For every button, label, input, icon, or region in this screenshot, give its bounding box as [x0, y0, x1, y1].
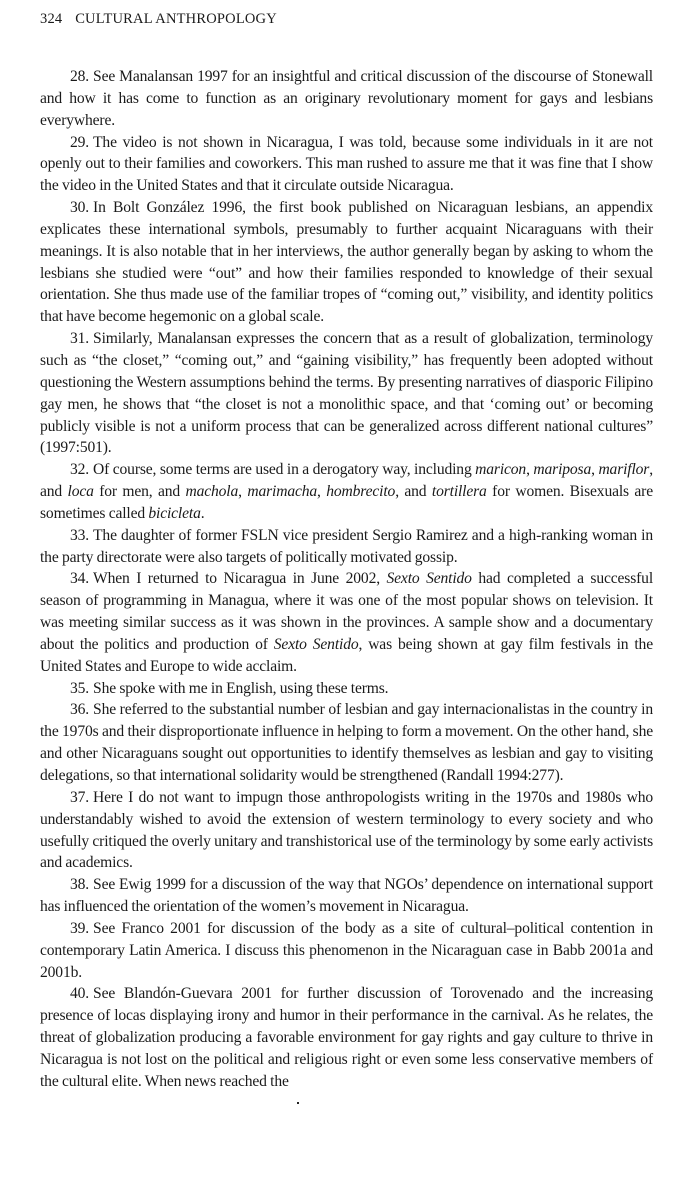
- endnote-text: See Blandón-Guevara 2001 for further dis…: [40, 985, 653, 1089]
- italic-term: tortillera: [432, 483, 487, 500]
- endnote-text: See Franco 2001 for discussion of the bo…: [40, 920, 653, 981]
- endnote-text: ,: [317, 483, 326, 500]
- endnotes-section: 28.See Manalansan 1997 for an insightful…: [40, 66, 653, 1093]
- endnote-29: 29.The video is not shown in Nicaragua, …: [40, 132, 653, 198]
- endnote-text: She referred to the substantial number o…: [40, 701, 653, 784]
- italic-term: mariflor: [598, 461, 649, 478]
- endnote-number: 29.: [70, 134, 89, 151]
- endnote-text: In Bolt González 1996, the first book pu…: [40, 199, 653, 325]
- endnote-31: 31.Similarly, Manalansan expresses the c…: [40, 328, 653, 459]
- endnote-text: She spoke with me in English, using thes…: [93, 680, 388, 697]
- journal-title: CULTURAL ANTHROPOLOGY: [75, 11, 277, 27]
- endnote-32: 32.Of course, some terms are used in a d…: [40, 459, 653, 525]
- endnote-text: See Manalansan 1997 for an insightful an…: [40, 68, 653, 129]
- endnote-30: 30.In Bolt González 1996, the first book…: [40, 197, 653, 328]
- endnote-number: 28.: [70, 68, 89, 85]
- endnote-number: 30.: [70, 199, 89, 216]
- endnote-34: 34.When I returned to Nicaragua in June …: [40, 568, 653, 677]
- italic-term: mari­posa: [533, 461, 591, 478]
- endnote-number: 34.: [70, 570, 89, 587]
- endnote-number: 40.: [70, 985, 89, 1002]
- endnote-text: The daughter of former FSLN vice preside…: [40, 527, 653, 566]
- endnote-text: The video is not shown in Nicaragua, I w…: [40, 134, 653, 195]
- endnote-36: 36.She referred to the substantial numbe…: [40, 699, 653, 786]
- endnote-text: When I returned to Nicaragua in June 200…: [93, 570, 386, 587]
- page-number: 324: [40, 11, 62, 27]
- endnote-37: 37.Here I do not want to impugn those an…: [40, 787, 653, 874]
- endnote-text: Here I do not want to impugn those anthr…: [40, 789, 653, 872]
- italic-term: maricon: [475, 461, 526, 478]
- italic-term: Sexto Sentido: [274, 636, 359, 653]
- endnote-number: 37.: [70, 789, 89, 806]
- italic-term: machola: [185, 483, 238, 500]
- endnote-number: 31.: [70, 330, 89, 347]
- endnote-39: 39.See Franco 2001 for discussion of the…: [40, 918, 653, 984]
- endnote-text: .: [201, 505, 205, 522]
- endnote-number: 39.: [70, 920, 89, 937]
- endnote-text: Similarly, Manalansan expresses the conc…: [40, 330, 653, 456]
- endnote-number: 36.: [70, 701, 89, 718]
- endnote-28: 28.See Manalansan 1997 for an insightful…: [40, 66, 653, 132]
- endnote-text: See Ewig 1999 for a discussion of the wa…: [40, 876, 653, 915]
- italic-term: marimacha: [247, 483, 317, 500]
- endnote-text: , and: [395, 483, 432, 500]
- endnote-40: 40.See Blandón-Guevara 2001 for further …: [40, 983, 653, 1092]
- italic-term: loca: [68, 483, 94, 500]
- running-head: 324 CULTURAL ANTHROPOLOGY: [40, 11, 277, 28]
- endnote-number: 35.: [70, 680, 89, 697]
- endnote-number: 38.: [70, 876, 89, 893]
- italic-term: hombrecito: [326, 483, 395, 500]
- scan-speck: [297, 1102, 299, 1104]
- italic-term: Sexto Sentido: [387, 570, 472, 587]
- endnote-38: 38.See Ewig 1999 for a discussion of the…: [40, 874, 653, 918]
- endnote-number: 33.: [70, 527, 89, 544]
- endnote-text: Of course, some terms are used in a dero…: [93, 461, 475, 478]
- endnote-number: 32.: [70, 461, 89, 478]
- endnote-text: ,: [238, 483, 247, 500]
- italic-term: bicicleta: [148, 505, 200, 522]
- endnote-33: 33.The daughter of former FSLN vice pres…: [40, 525, 653, 569]
- endnote-text: for men, and: [94, 483, 186, 500]
- endnote-35: 35.She spoke with me in English, using t…: [40, 678, 653, 700]
